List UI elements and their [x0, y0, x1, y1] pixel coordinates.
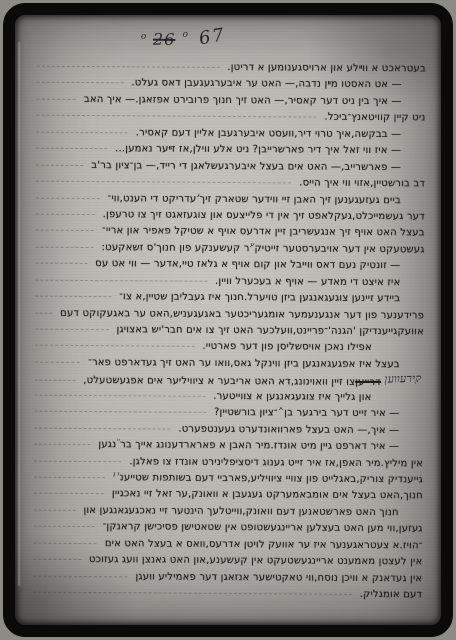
baseline-leader-mark [33, 592, 352, 595]
typewritten-text: — אט האסטו מײן נדבה,— האט ער איבערגעגעבן… [131, 78, 401, 91]
typewritten-text: — פארשרייב,— האט אים בעצל איבערגעשלאגן ד… [91, 160, 401, 173]
baseline-leader-mark [34, 460, 121, 462]
handwritten-insertion: × [278, 406, 285, 413]
hand-number-part: 67 [198, 24, 228, 49]
typewritten-text: און גלייך איז צוגעגאנגען א צווייטער. [213, 391, 371, 403]
baseline-leader-mark [36, 164, 83, 165]
baseline-leader-mark [36, 230, 94, 231]
baseline-leader-mark [33, 575, 127, 577]
baseline-leader-mark [34, 411, 206, 413]
typewritten-text: דער געשמייכלט,געקלאפט זיך אין די פלייצעס… [103, 209, 425, 222]
handwritten-insertion: ג [196, 192, 199, 198]
baseline-leader-mark [34, 493, 104, 494]
typewritten-text: געזען,ווי מען האט בעצלען אריינגעשטופט אי… [103, 521, 423, 534]
baseline-leader-mark [35, 380, 76, 381]
handwritten-insertion: ײ [116, 439, 120, 445]
baseline-leader-mark [35, 263, 87, 264]
typewritten-text: חנוך האט פארשטאנען דעם וואונק,ווייטלעך ה… [83, 505, 398, 518]
scanned-page-photo: o26o67 בעטראכט א ווײלע און ארויסגענומען … [0, 0, 456, 640]
typewritten-text-block: בעטראכט א ווײלע און ארויסגענומען א דריטן… [30, 61, 428, 606]
typewritten-text: ביים געזעגענען זיך האבן זיי ווידער שטארק… [200, 193, 401, 205]
struck-number: 26 [153, 30, 176, 49]
baseline-leader-mark [36, 131, 127, 133]
typewritten-text: דב בורשטיין,אזוי ווי איך הייס. [299, 178, 425, 190]
baseline-leader-mark [35, 312, 52, 313]
baseline-leader-mark [34, 526, 95, 527]
typewritten-text: אין לעצטן מאמענט אריינגעשטעקט אין קעשענע… [89, 554, 422, 567]
baseline-leader-mark [36, 214, 95, 215]
typewritten-text: בעטראכט א ווײלע און ארויסגענומען א דריטן… [227, 62, 426, 74]
baseline-leader-mark [34, 509, 76, 510]
baseline-leader-mark [35, 329, 109, 331]
typewritten-text: ר קעשענקע פון חנוך'ס זשאקעט: [102, 242, 250, 254]
handwritten-correction: קירעווען [385, 373, 422, 386]
typewritten-text: ־ציון בורשטיין? [214, 407, 278, 418]
typewritten-text: בעצל האט אויף זיך אנגעשריבן זיין אדרעס א… [102, 225, 425, 238]
baseline-leader-mark [35, 345, 195, 347]
typewritten-text: ניט קיין קוויטאנץ־ביכל. [324, 112, 425, 124]
baseline-leader-mark [34, 542, 97, 543]
typewritten-text: — איז ווי זאל איך דיר פארשרייבן? ניט אלע… [115, 143, 401, 156]
typewritten-text: — בבקשה,איך טרוי דיר,וועסט איבערגעבן אלי… [136, 127, 402, 140]
typewritten-text: נגען [98, 439, 116, 450]
hand-number-part: o [182, 30, 188, 40]
typewritten-text: אפילו נאכן אויסשליסן פון דער פארטיי. [202, 341, 372, 353]
typewritten-text: אוועקגייענדיקן 'הגנה'־פריינט,וועלכער האט… [117, 324, 425, 337]
typewritten-text: עדריקט די הענט,ווי־ [108, 193, 197, 205]
handwritten-page-number: o26o67 [134, 26, 227, 52]
typewritten-text: — איר דארפט גיין מיט אונדז.מיר האבן א פא… [120, 439, 399, 452]
typewritten-text: — איך,— האט בעצל פארוואונדערט געענטפערט. [178, 423, 399, 436]
baseline-leader-mark [36, 181, 291, 184]
typewritten-text: פרידענער פון דער אנגענעמער אומגעריכטער ב… [60, 307, 424, 321]
typewritten-text: ־הויז.א צעטראגענער איז ער אוועק לויטן אד… [105, 538, 423, 551]
baseline-leader-mark [35, 279, 207, 281]
text-line: דעם אומגליק. [30, 587, 424, 606]
handwritten-insertion: דן [113, 472, 120, 478]
typewritten-text: ביידע זיינען צוגעגאנגען ביזן טויערל.חנוך… [119, 291, 400, 304]
paper-page: o26o67 בעטראכט א ווײלע און ארויסגענומען … [14, 14, 442, 626]
typewritten-text: גייענדיק צוריק,באגלייט פון צוויי ציווילי… [120, 472, 423, 485]
baseline-leader-mark [37, 115, 317, 118]
baseline-leader-mark [33, 559, 81, 560]
typewritten-text: אין מיליץ.מיר האפן,אז איר זייט גענוג דיס… [129, 456, 423, 469]
typewritten-text: דעם אומגליק. [360, 589, 423, 600]
typewritten-text: בעצל איז אפגעגאנגען ביזן ווינקל גאס,וואו… [88, 357, 400, 370]
baseline-leader-mark [35, 296, 111, 298]
typewritten-text: חנוך,האט בעצל אים אומבאמערקט געגעבן א וו… [112, 489, 423, 502]
typewritten-text: געשטעקט אין דער אויבערסטער זייטיק [254, 243, 424, 255]
page-edge-highlight [18, 42, 20, 586]
baseline-leader-mark [35, 362, 80, 363]
typewritten-text: צו זיין וואוינונג,דא האט אריבער א ציוויל… [83, 375, 355, 388]
handwritten-insertion: ע [250, 241, 255, 248]
hand-number-part: o [141, 32, 147, 42]
baseline-leader-mark [34, 427, 170, 429]
baseline-leader-mark [35, 394, 206, 396]
baseline-leader-mark [36, 197, 100, 198]
typewritten-text: אין געדאנק א וויכן נוסח,ווי טאקטישער אנז… [135, 571, 422, 584]
baseline-leader-mark [37, 66, 220, 68]
typewritten-text: — זונטיק נעם דאס ווייבל און קום אויף א ג… [95, 258, 400, 271]
typewritten-text: איז איצט די מאדע — אויף א בעכערל וויין. [215, 276, 400, 288]
baseline-leader-mark [36, 246, 94, 247]
typewritten-text: — איך בין ניט דער קאסיר,— האט זיך חנוך פ… [84, 94, 402, 107]
baseline-leader-mark [36, 148, 107, 149]
typewritten-text: — איר זייט דער בירגער בן [284, 408, 399, 420]
baseline-leader-mark [37, 82, 124, 84]
baseline-leader-mark [34, 477, 105, 478]
struck-text: דרייען [355, 377, 381, 388]
baseline-leader-mark [37, 99, 76, 100]
baseline-leader-mark [34, 444, 90, 445]
